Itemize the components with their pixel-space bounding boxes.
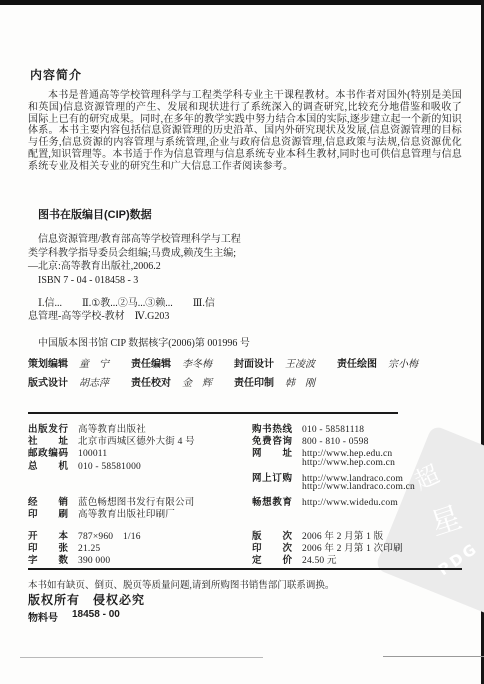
editor-role-label: 版式设计: [28, 374, 68, 389]
colophon-row: 总机010 - 58581000: [28, 458, 246, 470]
editor-name: 宗小梅: [388, 355, 424, 370]
editor-role-label: 责任绘图: [337, 355, 377, 370]
colophon-value: 787×960 1/16: [78, 528, 141, 542]
editor-pair: 策划编辑童 宁: [28, 355, 115, 370]
colophon-row: [252, 506, 462, 518]
colophon-row: http://www.landraco.com.cn: [252, 482, 462, 494]
editor-name: 王凌波: [285, 355, 321, 370]
colophon-label: 印刷: [28, 506, 68, 520]
colophon-row: 网址http://www.hep.edu.cn: [252, 445, 462, 457]
colophon-value: 北京市西城区德外大街 4 号: [78, 433, 195, 447]
colophon-spacer: [252, 519, 462, 528]
top-scan-bar: [0, 0, 484, 5]
intro-section-title: 内容简介: [30, 66, 82, 83]
cip-classification: Ⅰ.信... Ⅱ.①教...②马...③赖... Ⅲ.信 息管理-高等学校-教材…: [28, 297, 328, 323]
colophon-value: 24.50 元: [302, 552, 337, 566]
colophon-row: 开本787×960 1/16: [28, 528, 246, 540]
colophon-row: 印次2006 年 2 月第 1 次印刷: [252, 540, 462, 552]
colophon-row: 字数390 000: [28, 552, 246, 564]
editor-role-label: 责任编辑: [131, 355, 171, 370]
colophon-row: 畅想教育http://www.widedu.com: [252, 494, 462, 506]
colophon-row: [28, 482, 246, 494]
colophon-row: 网上订购http://www.landraco.com: [252, 470, 462, 482]
editor-role-label: 责任印制: [234, 374, 274, 389]
colophon-row: 社址北京市西城区德外大街 4 号: [28, 433, 246, 445]
editor-pair: 责任印制韩 刚: [234, 374, 321, 389]
editor-name: 童 宁: [79, 355, 115, 370]
colophon-row: 印刷高等教育出版社印刷厂: [28, 506, 246, 518]
editor-role-label: 责任校对: [131, 374, 171, 389]
editors-row-2: 版式设计胡志萍 责任校对金 辉 责任印制韩 刚: [28, 374, 462, 389]
bottom-scan-line-right: [383, 656, 484, 657]
editor-name: 胡志萍: [79, 374, 115, 389]
colophon-row: 经销蓝色畅想图书发行有限公司: [28, 494, 246, 506]
colophon-row: [28, 470, 246, 482]
colophon-row: 出版发行高等教育出版社: [28, 421, 246, 433]
colophon-value: http://www.widedu.com: [302, 498, 398, 508]
quality-notice: 本书如有缺页、倒页、脱页等质量问题,请到所购图书销售部门联系调换。: [28, 577, 334, 591]
colophon-value: 390 000: [78, 556, 110, 566]
material-number-value: 18458 - 00: [72, 609, 120, 624]
book-copyright-page: 超 星 PDG 内容简介 本书是普通高等学校管理科学与工程类学科专业主干课程教材…: [0, 0, 484, 684]
colophon-row: 免费咨询800 - 810 - 0598: [252, 433, 462, 445]
editors-row-1: 策划编辑童 宁 责任编辑李冬梅 封面设计王凌波 责任绘图宗小梅: [28, 355, 462, 370]
colophon-value: 高等教育出版社印刷厂: [78, 506, 175, 520]
colophon-row: 购书热线010 - 58581118: [252, 421, 462, 433]
divider-rule-top: [28, 412, 398, 414]
colophon-value: 800 - 810 - 0598: [302, 437, 369, 447]
cip-record: 信息资源管理/教育部高等学校管理科学与工程 类学科教学指导委员会组编;马费成,赖…: [28, 233, 328, 287]
colophon-value: 21.25: [78, 544, 100, 554]
editor-name: 金 辉: [182, 374, 218, 389]
copyright-statement: 版权所有 侵权必究: [28, 591, 145, 608]
editor-pair: 责任编辑李冬梅: [131, 355, 218, 370]
colophon-label: 网上订购: [252, 470, 292, 484]
colophon-value: 100011: [78, 449, 107, 459]
colophon-value: 010 - 58581000: [78, 462, 141, 472]
cip-registry-number: 中国版本图书馆 CIP 数据核字(2006)第 001996 号: [38, 334, 250, 349]
material-number-label: 物料号: [28, 609, 58, 624]
editor-role-label: 策划编辑: [28, 355, 68, 370]
editor-name: 李冬梅: [182, 355, 218, 370]
editors-block: 策划编辑童 宁 责任编辑李冬梅 封面设计王凌波 责任绘图宗小梅 版式设计胡志萍 …: [28, 355, 462, 393]
colophon-label: 网址: [252, 445, 292, 459]
divider-rule-bottom: [28, 568, 462, 570]
editor-role-label: 封面设计: [234, 355, 274, 370]
intro-paragraph: 本书是普通高等学校管理科学与工程类学科专业主干课程教材。本书作者对国外(特别是美…: [28, 90, 462, 173]
bottom-scan-line-left: [20, 657, 263, 658]
cip-heading: 图书在版编目(CIP)数据: [38, 206, 152, 222]
colophon-row: 邮政编码100011: [28, 445, 246, 457]
material-number: 物料号 18458 - 00: [28, 609, 120, 624]
colophon-label: 定价: [252, 552, 292, 566]
colophon-row: http://www.hep.com.cn: [252, 458, 462, 470]
colophon-left-column: 出版发行高等教育出版社 社址北京市西城区德外大街 4 号 邮政编码100011 …: [28, 421, 246, 564]
colophon-row: 版次2006 年 2 月第 1 版: [252, 528, 462, 540]
editor-pair: 责任校对金 辉: [131, 374, 218, 389]
colophon-row: 定价24.50 元: [252, 552, 462, 564]
colophon-label: 总机: [28, 458, 68, 472]
colophon-value: http://www.landraco.com.cn: [302, 482, 415, 492]
editor-pair: 版式设计胡志萍: [28, 374, 115, 389]
colophon-label: 畅想教育: [252, 494, 292, 508]
colophon-value: http://www.hep.com.cn: [302, 458, 395, 468]
colophon-value: 010 - 58581118: [302, 425, 364, 435]
colophon-label: 字数: [28, 552, 68, 566]
colophon-row: 印张21.25: [28, 540, 246, 552]
editor-pair: 封面设计王凌波: [234, 355, 321, 370]
editor-name: 韩 刚: [285, 374, 321, 389]
colophon-right-column: 购书热线010 - 58581118 免费咨询800 - 810 - 0598 …: [252, 421, 462, 564]
editor-pair: 责任绘图宗小梅: [337, 355, 424, 370]
